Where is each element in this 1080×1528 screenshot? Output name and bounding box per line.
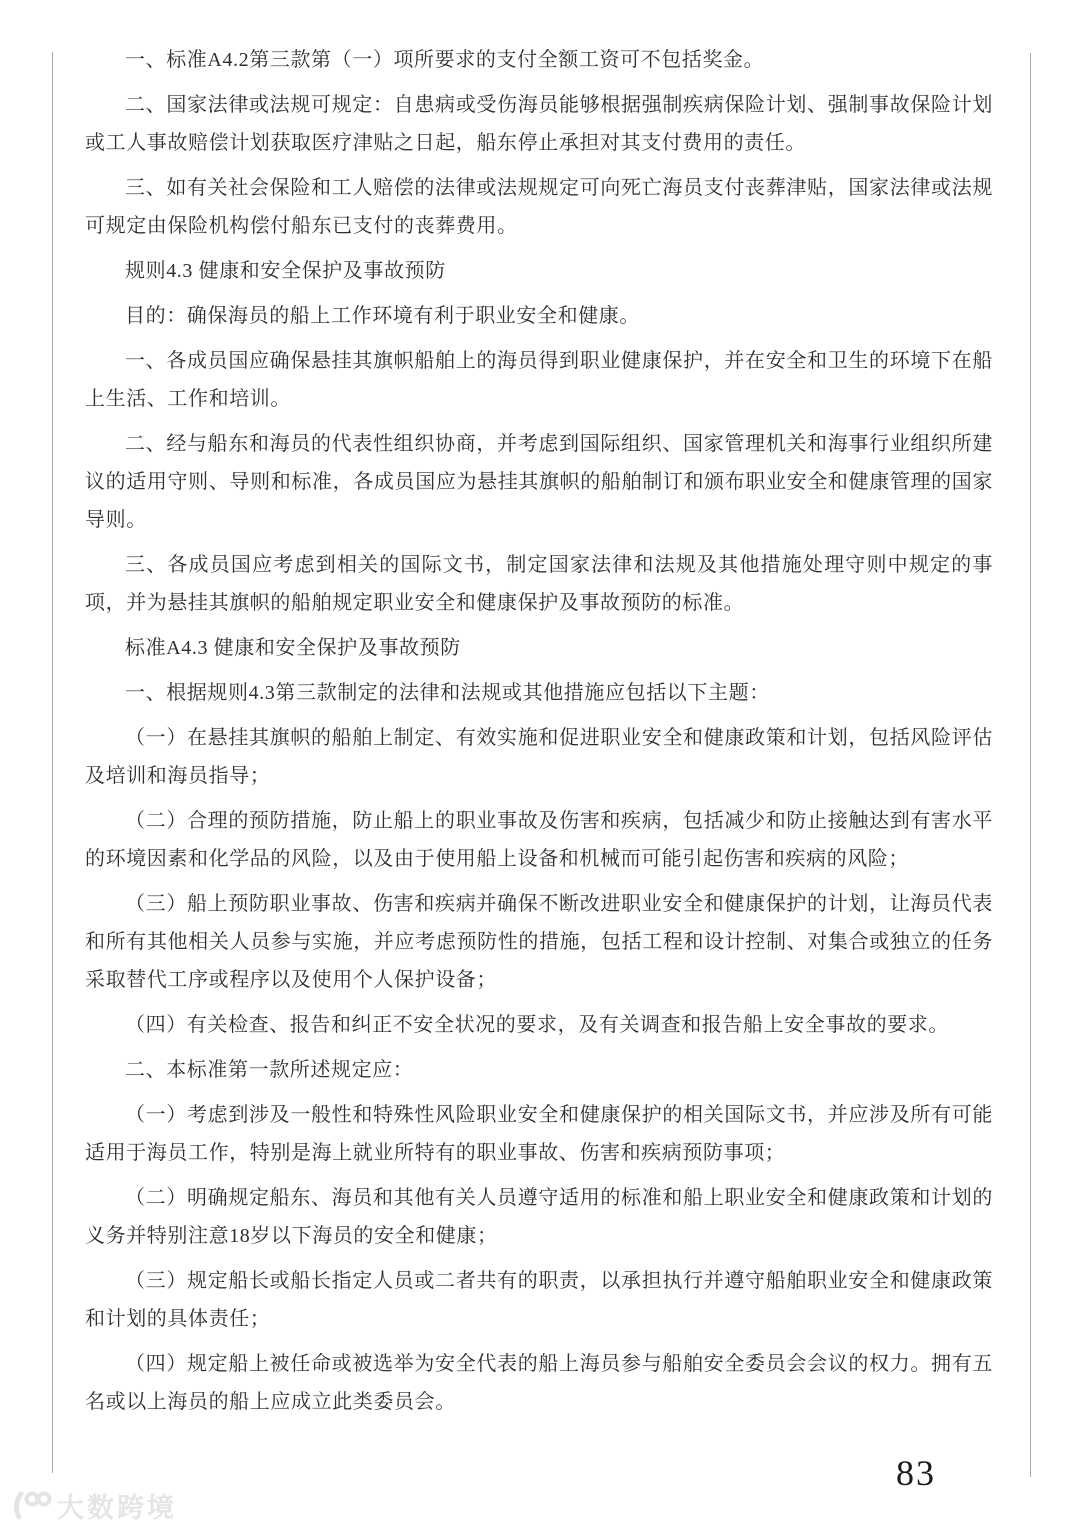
page-left-border-line [52,52,53,1473]
paragraph: （三）规定船长或船长指定人员或二者共有的职责，以承担执行并遵守船舶职业安全和健康… [85,1262,993,1338]
paragraph: 二、经与船东和海员的代表性组织协商，并考虑到国际组织、国家管理机关和海事行业组织… [85,425,993,539]
paragraph: 三、如有关社会保险和工人赔偿的法律或法规规定可向死亡海员支付丧葬津贴，国家法律或… [85,169,993,245]
dashu-kuajing-logo-icon [10,1489,52,1523]
page-right-border-line [1030,53,1031,1477]
paragraph: 二、国家法律或法规可规定：自患病或受伤海员能够根据强制疾病保险计划、强制事故保险… [85,86,993,162]
paragraph: （二）合理的预防措施，防止船上的职业事故及伤害和疾病，包括减少和防止接触达到有害… [85,802,993,878]
purpose-line: 目的：确保海员的船上工作环境有利于职业安全和健康。 [85,297,993,335]
section-heading-rule-4-3: 规则4.3 健康和安全保护及事故预防 [85,252,993,290]
paragraph: 三、各成员国应考虑到相关的国际文书，制定国家法律和法规及其他措施处理守则中规定的… [85,546,993,622]
paragraph: （二）明确规定船东、海员和其他有关人员遵守适用的标准和船上职业安全和健康政策和计… [85,1179,993,1255]
paragraph: 一、各成员国应确保悬挂其旗帜船舶上的海员得到职业健康保护，并在安全和卫生的环境下… [85,342,993,418]
paragraph: 一、标准A4.2第三款第（一）项所要求的支付全额工资可不包括奖金。 [85,41,993,79]
paragraph: （一）考虑到涉及一般性和特殊性风险职业安全和健康保护的相关国际文书，并应涉及所有… [85,1096,993,1172]
watermark-text: 大数跨境 [57,1486,177,1525]
paragraph: （一）在悬挂其旗帜的船舶上制定、有效实施和促进职业安全和健康政策和计划，包括风险… [85,719,993,795]
paragraph: （四）规定船上被任命或被选举为安全代表的船上海员参与船舶安全委员会会议的权力。拥… [85,1345,993,1421]
paragraph: 一、根据规则4.3第三款制定的法律和法规或其他措施应包括以下主题： [85,674,993,712]
document-page: 一、标准A4.2第三款第（一）项所要求的支付全额工资可不包括奖金。 二、国家法律… [0,0,1080,1528]
watermark: 大数跨境 [10,1486,177,1525]
page-number: 83 [896,1452,936,1494]
paragraph: 二、本标准第一款所述规定应： [85,1051,993,1089]
paragraph: （四）有关检查、报告和纠正不安全状况的要求，及有关调查和报告船上安全事故的要求。 [85,1006,993,1044]
paragraph: （三）船上预防职业事故、伤害和疾病并确保不断改进职业安全和健康保护的计划，让海员… [85,885,993,999]
section-heading-standard-a4-3: 标准A4.3 健康和安全保护及事故预防 [85,629,993,667]
document-body: 一、标准A4.2第三款第（一）项所要求的支付全额工资可不包括奖金。 二、国家法律… [85,41,993,1428]
